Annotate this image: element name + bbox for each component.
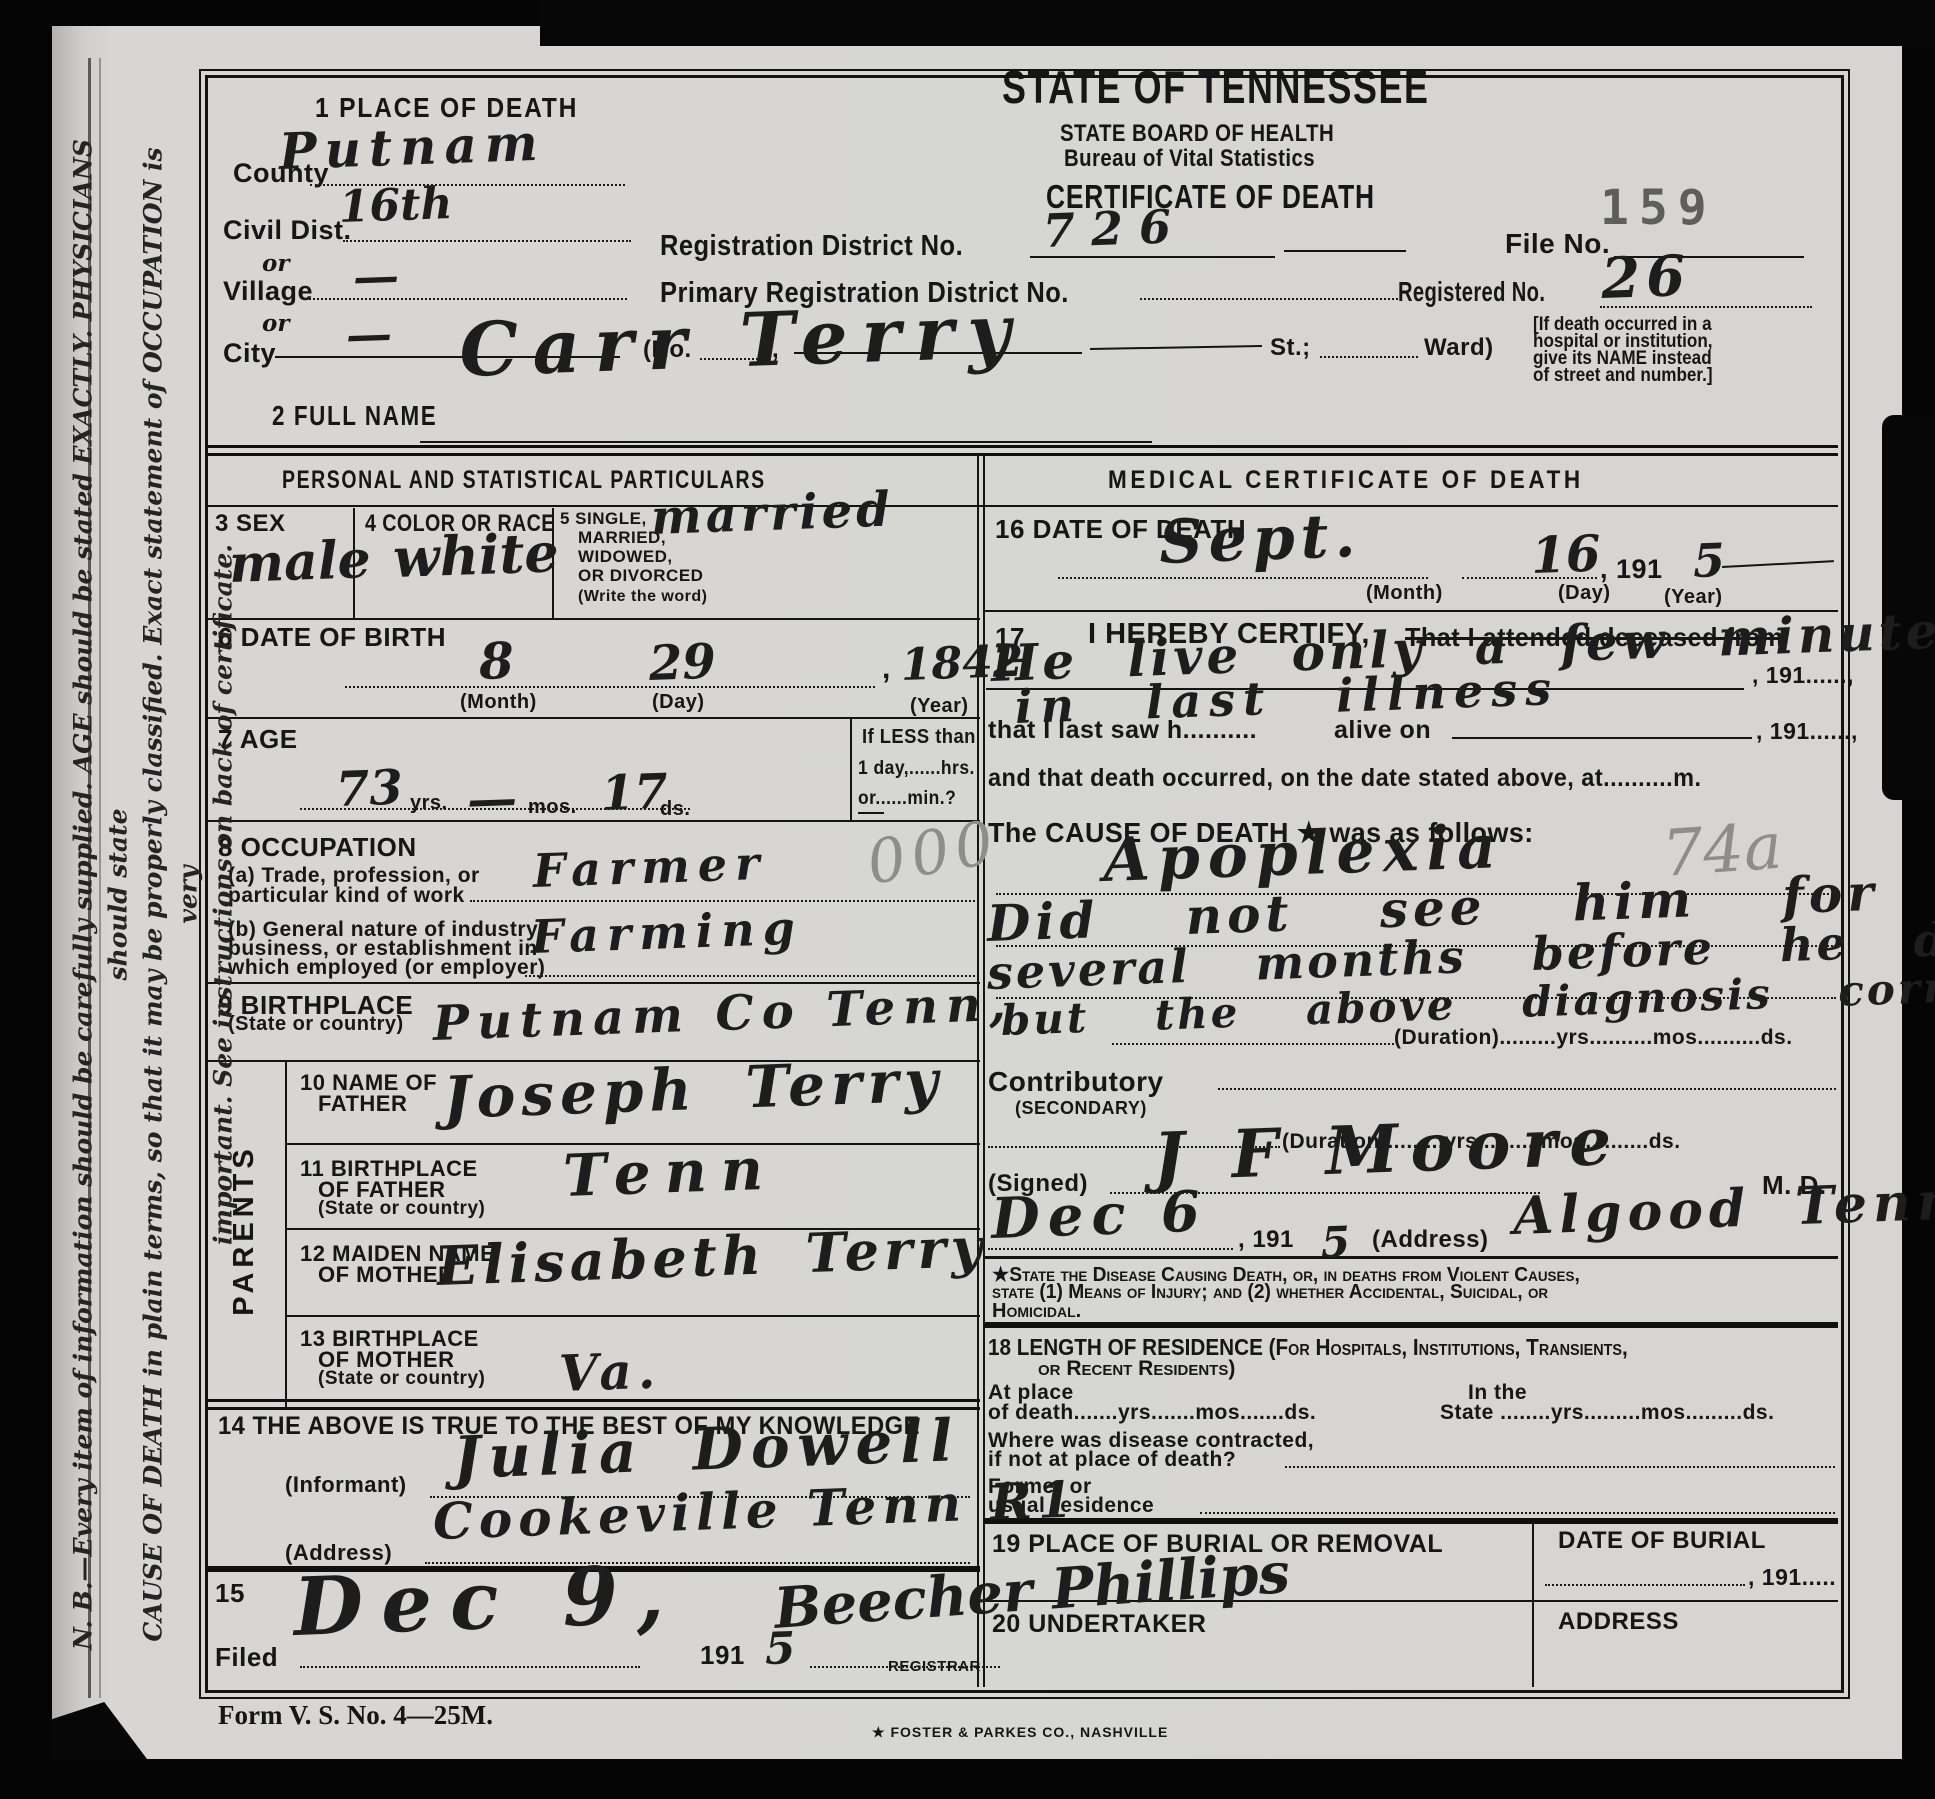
less-than-box-border <box>850 717 852 820</box>
pre-file-line <box>1284 250 1406 252</box>
city-value: — <box>345 306 393 362</box>
date-of-death-day: 16 <box>1530 524 1602 585</box>
dod-year-hw: 5 <box>1692 533 1726 588</box>
village-value: — <box>352 248 400 304</box>
full-name-line <box>420 441 1152 443</box>
county-value: Putnam <box>278 113 547 181</box>
dob-line <box>345 686 875 688</box>
scan-edge-top <box>540 0 1935 46</box>
date-of-burial-line <box>1545 1584 1745 1586</box>
rule-under-signed <box>984 1256 1838 1259</box>
signed-year-hw: 5 <box>1320 1217 1351 1267</box>
age-months-value: — <box>466 768 518 829</box>
parents-side-label: PARENTS <box>228 1080 264 1380</box>
parents-inner-divider <box>285 1060 287 1407</box>
dob-day-value: 29 <box>648 634 717 692</box>
primary-reg-line <box>1140 298 1402 300</box>
age-years-value: 73 <box>335 760 404 818</box>
section-title-rule <box>205 505 1838 507</box>
margin-note-line2: CAUSE OF DEATH in plain terms, so that i… <box>136 115 206 1675</box>
filed-date-line <box>300 1666 640 1668</box>
civil-dist-line <box>343 240 631 242</box>
ward-line <box>1320 356 1418 358</box>
mother-name-line <box>285 1315 980 1317</box>
header-divider-rule <box>205 445 1838 456</box>
physician-signature: J F Moore <box>1152 1102 1624 1196</box>
margin-instructions: N. B.—Every item of information should b… <box>66 115 171 1675</box>
alive-on-line <box>1452 737 1752 739</box>
cause-duration-dots <box>1112 1043 1394 1045</box>
margin-note-line1: N. B.—Every item of information should b… <box>66 115 136 1675</box>
rule-under-residence <box>984 1518 1838 1524</box>
registered-no-value: 26 <box>1600 243 1692 312</box>
marital-value: married <box>650 482 895 546</box>
rule-under-dob <box>205 717 980 719</box>
race-value: white <box>392 520 560 590</box>
registrar-line <box>810 1666 1000 1668</box>
rule-under-footnote <box>984 1322 1838 1328</box>
contracted-line <box>1285 1466 1835 1468</box>
mother-birthplace-value: Va. <box>558 1340 662 1403</box>
occupation-a-value: Farmer <box>532 836 768 898</box>
civil-dist-value: 16th <box>338 178 453 233</box>
burial-column-divider <box>1532 1524 1534 1687</box>
sex-value: male <box>228 529 372 595</box>
less-than-underline <box>858 812 884 814</box>
occupation-a-line <box>470 900 975 902</box>
rule-under-age <box>205 820 980 822</box>
former-line <box>1200 1512 1835 1514</box>
father-birthplace-value: Tenn <box>562 1135 778 1210</box>
occupation-b-value: Farming <box>530 901 804 964</box>
dod-month-line <box>1058 577 1428 579</box>
form-number: Form V. S. No. 4—25M. <box>218 1700 493 1731</box>
signed-date-hw: Dec 6 <box>990 1178 1209 1252</box>
rule-under-sex-row <box>205 618 980 620</box>
margin-note-line3: important. See instructions on back of c… <box>206 115 241 1675</box>
dob-month-value: 8 <box>478 631 515 691</box>
printer-credit: ★ FOSTER & PARKES CO., NASHVILLE <box>872 1724 1168 1741</box>
age-days-value: 17 <box>600 764 669 822</box>
occupation-b-line <box>525 975 975 977</box>
scanned-death-certificate: N. B.—Every item of information should b… <box>0 0 1935 1799</box>
contributory-line <box>1218 1088 1836 1090</box>
reg-district-value: 726 <box>1042 199 1188 258</box>
file-no-stamp: 159 <box>1600 180 1717 236</box>
date-of-death-month: Sept. <box>1158 501 1362 578</box>
filed-date-value: Dec 9, <box>292 1546 683 1653</box>
